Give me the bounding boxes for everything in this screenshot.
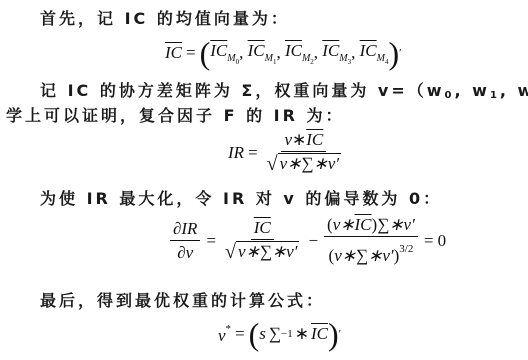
right-paren: )	[328, 324, 339, 344]
term2-fraction: (v∗IC)∑∗v′ (v∗∑∗v′)3/2	[324, 215, 418, 267]
ic-bar: IC	[165, 43, 182, 63]
ic-mean-vector-equation: IC = ( ICM0, ICM1, ICM2, ICM3, ICM4 ) ′	[165, 36, 402, 70]
ir-lhs: IR	[228, 143, 244, 163]
equals-sign: =	[206, 231, 216, 251]
sqrt-icon: √	[225, 242, 236, 262]
partial-derivative-equation: ∂IR ∂v = IC √v∗∑∗v′ − (v∗IC)∑∗v′ (v∗∑∗v′…	[168, 215, 450, 267]
equals-sign: =	[186, 43, 196, 63]
partial-fraction: ∂IR ∂v	[170, 219, 200, 264]
optimal-weight-equation: v* = ( s ∑−1 ∗ IC ) ′	[218, 316, 341, 352]
ir-equation: IR = v∗IC √v∗∑∗v′	[228, 130, 346, 176]
left-paren: (	[200, 43, 211, 63]
v-star: v*	[218, 323, 231, 346]
ic-m1: ICM1	[248, 41, 277, 66]
ic-m3: ICM3	[322, 41, 351, 66]
ic-m0: ICM0	[210, 41, 239, 66]
intro-text: 首先，记 IC 的均值向量为：	[40, 6, 290, 29]
inverse-exponent: −1	[281, 328, 293, 340]
conclusion-text: 最后，得到最优权重的计算公式：	[40, 288, 325, 311]
covariance-text-line2: 学上可以证明，复合因子 F 的 IR 为：	[6, 103, 345, 126]
ic-m2: ICM2	[285, 41, 314, 66]
term1-fraction: IC √v∗∑∗v′	[222, 218, 302, 264]
equals-zero: = 0	[424, 231, 446, 251]
transpose-mark: ′	[339, 328, 341, 340]
ic-bar: IC	[311, 324, 328, 344]
scalar-s: s	[259, 324, 266, 344]
maximize-text: 为使 IR 最大化，令 IR 对 v 的偏导数为 0：	[40, 186, 442, 209]
transpose-mark: ′	[399, 47, 401, 59]
ic-m4: ICM4	[360, 41, 389, 66]
sqrt-icon: √	[267, 154, 278, 174]
sigma-symbol: ∑	[269, 324, 281, 344]
right-paren: )	[388, 43, 399, 63]
covariance-text-line1: 记 IC 的协方差矩阵为 Σ，权重向量为 v=（w0, w1, w2, w3, …	[40, 78, 528, 101]
ir-fraction: v∗IC √v∗∑∗v′	[264, 130, 344, 176]
equals-sign: =	[235, 324, 245, 344]
left-paren: (	[249, 324, 260, 344]
equals-sign: =	[248, 143, 258, 163]
minus-sign: −	[308, 231, 318, 251]
